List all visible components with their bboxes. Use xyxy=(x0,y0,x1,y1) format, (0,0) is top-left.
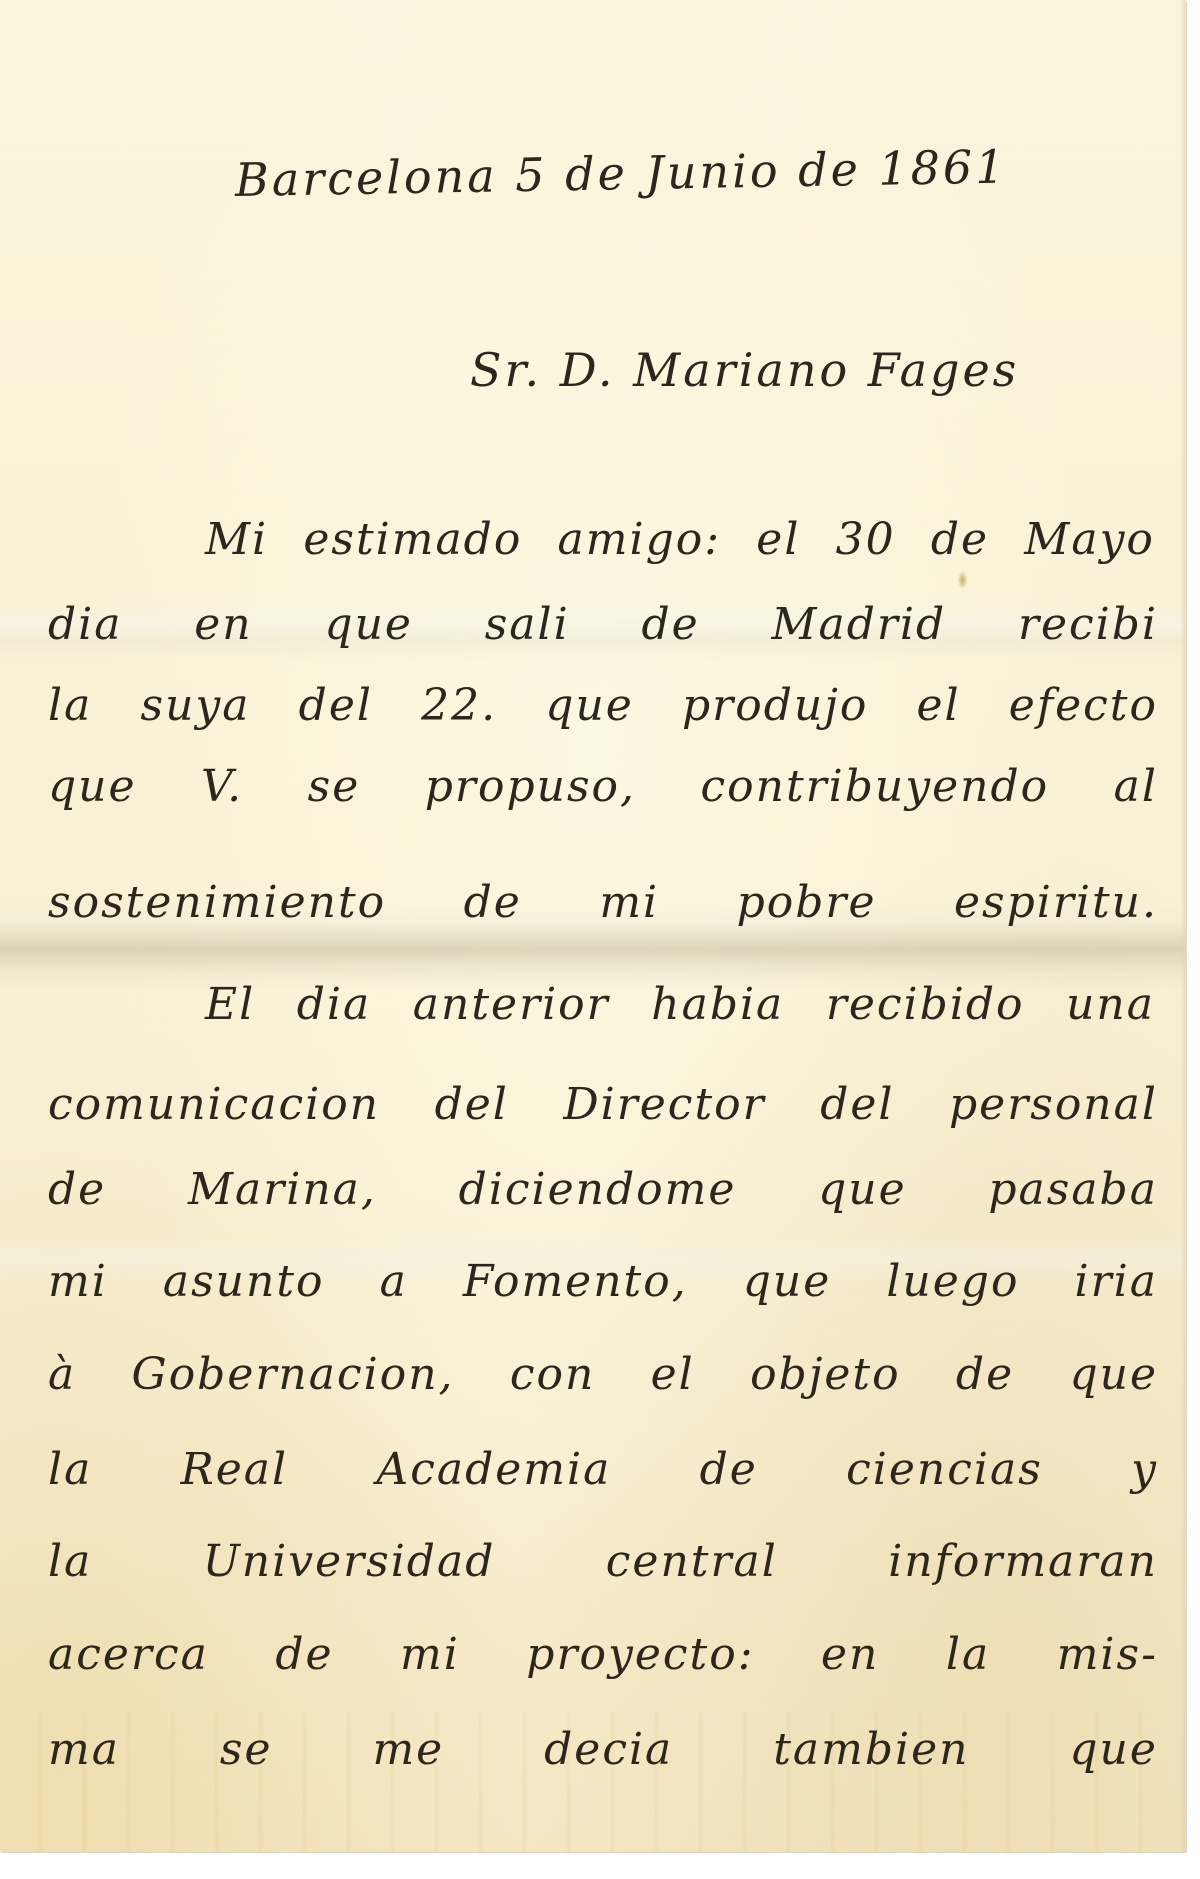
handwritten-word: la xyxy=(48,676,92,736)
handwritten-word: ma xyxy=(48,1720,120,1780)
addressee-line: Sr. D. Mariano Fages xyxy=(470,340,1019,400)
handwritten-word: una xyxy=(1066,975,1155,1035)
body-line-4: queV.sepropuso,contribuyendoal xyxy=(48,757,1158,817)
handwritten-word: sostenimiento xyxy=(48,873,386,933)
handwritten-word: personal xyxy=(949,1075,1158,1135)
handwritten-word: contribuyendo xyxy=(701,757,1050,817)
handwritten-word: acerca xyxy=(48,1625,209,1685)
handwritten-word: pobre xyxy=(737,873,877,933)
handwritten-word: tambien xyxy=(773,1720,969,1780)
body-line-5: sostenimientodemipobreespiritu. xyxy=(48,873,1158,933)
handwritten-word: El xyxy=(205,975,255,1035)
handwritten-word: Fomento, xyxy=(463,1252,688,1312)
body-line-3: lasuyadel22.queprodujoelefecto xyxy=(48,676,1158,736)
handwritten-word: Marina, xyxy=(188,1160,377,1220)
handwritten-word: Mayo xyxy=(1024,510,1155,570)
handwritten-word: el xyxy=(756,510,800,570)
handwritten-word: mi xyxy=(599,873,659,933)
handwritten-word: sali xyxy=(485,595,570,655)
handwritten-word: objeto xyxy=(750,1345,901,1405)
handwritten-word: de xyxy=(700,1440,758,1500)
handwritten-word: dia xyxy=(48,595,122,655)
handwritten-word: el xyxy=(917,676,961,736)
handwritten-word: Director xyxy=(563,1075,765,1135)
handwritten-word: la xyxy=(48,1440,92,1500)
handwritten-word: recibi xyxy=(1018,595,1158,655)
handwritten-word: Universidad xyxy=(203,1532,496,1592)
handwritten-word: el xyxy=(651,1345,695,1405)
handwritten-word: que xyxy=(818,1160,907,1220)
handwritten-word: Real xyxy=(181,1440,288,1500)
letter-page: Barcelona 5 de Junio de 1861 Sr. D. Mari… xyxy=(0,0,1200,1879)
handwritten-word: Academia xyxy=(376,1440,611,1500)
handwritten-word: 30 xyxy=(836,510,896,570)
handwritten-word: efecto xyxy=(1009,676,1158,736)
body-line-2: diaenquesalideMadridrecibi xyxy=(48,595,1158,655)
handwritten-word: amigo: xyxy=(558,510,722,570)
handwritten-word: V. xyxy=(201,757,243,817)
handwritten-word: luego xyxy=(886,1252,1019,1312)
handwritten-word: 22. xyxy=(421,676,497,736)
handwritten-word: anterior xyxy=(413,975,610,1035)
handwritten-word: se xyxy=(220,1720,273,1780)
handwritten-word: produjo xyxy=(682,676,868,736)
body-line-1: Miestimadoamigo:el30deMayo xyxy=(205,510,1155,570)
handwritten-word: central xyxy=(606,1532,778,1592)
handwritten-word: espiritu. xyxy=(954,873,1158,933)
handwritten-word: mi xyxy=(48,1252,108,1312)
body-line-9: miasuntoaFomento,queluegoiria xyxy=(48,1252,1158,1312)
body-line-7: comunicaciondelDirectordelpersonal xyxy=(48,1075,1158,1135)
handwritten-word: de xyxy=(641,595,699,655)
handwritten-word: Mi xyxy=(205,510,268,570)
handwritten-word: habia xyxy=(651,975,784,1035)
handwritten-word: me xyxy=(372,1720,444,1780)
handwritten-word: a xyxy=(380,1252,408,1312)
handwritten-word: que xyxy=(324,595,413,655)
handwritten-word: en xyxy=(821,1625,879,1685)
body-line-8: deMarina,diciendomequepasaba xyxy=(48,1160,1158,1220)
handwritten-word: proyecto: xyxy=(526,1625,754,1685)
body-line-10: àGobernacion,conelobjetodeque xyxy=(48,1345,1158,1405)
handwritten-word: asunto xyxy=(163,1252,325,1312)
handwritten-word: de xyxy=(931,510,989,570)
body-line-6: Eldiaanteriorhabiarecibidouna xyxy=(205,975,1155,1035)
handwritten-word: Madrid xyxy=(771,595,946,655)
handwritten-word: propuso, xyxy=(425,757,636,817)
handwritten-word: la xyxy=(48,1532,92,1592)
handwritten-word: que xyxy=(1069,1720,1158,1780)
handwritten-word: de xyxy=(48,1160,106,1220)
handwritten-word: al xyxy=(1114,757,1158,817)
handwritten-word: del xyxy=(820,1075,894,1135)
handwritten-word: que xyxy=(48,757,137,817)
handwritten-word: informaran xyxy=(888,1532,1158,1592)
handwritten-word: estimado xyxy=(303,510,522,570)
handwritten-word: que xyxy=(545,676,634,736)
handwritten-word: del xyxy=(299,676,373,736)
body-line-12: laUniversidadcentralinformaran xyxy=(48,1532,1158,1592)
handwritten-word: diciendome xyxy=(459,1160,737,1220)
handwritten-word: se xyxy=(308,757,361,817)
handwritten-word: la xyxy=(946,1625,990,1685)
handwritten-word: y xyxy=(1131,1440,1158,1500)
handwritten-word: iria xyxy=(1075,1252,1158,1312)
handwritten-word: mi xyxy=(400,1625,460,1685)
handwritten-word: de xyxy=(464,873,522,933)
handwritten-word: à xyxy=(48,1345,76,1405)
handwritten-word: con xyxy=(510,1345,595,1405)
ink-stain xyxy=(958,572,967,588)
handwritten-word: en xyxy=(194,595,252,655)
handwritten-word: Gobernacion, xyxy=(132,1345,455,1405)
body-line-13: acercademiproyecto:enlamis- xyxy=(48,1625,1158,1685)
handwritten-word: de xyxy=(956,1345,1014,1405)
letter-paper: Barcelona 5 de Junio de 1861 Sr. D. Mari… xyxy=(0,0,1186,1852)
handwritten-word: mis- xyxy=(1057,1625,1158,1685)
handwritten-word: decia xyxy=(544,1720,673,1780)
handwritten-word: comunicacion xyxy=(48,1075,380,1135)
handwritten-word: ciencias xyxy=(846,1440,1043,1500)
handwritten-word: que xyxy=(743,1252,832,1312)
body-line-11: laRealAcademiadecienciasy xyxy=(48,1440,1158,1500)
handwritten-word: suya xyxy=(140,676,250,736)
place-date-line: Barcelona 5 de Junio de 1861 xyxy=(234,137,1007,210)
body-line-14: masemedeciatambienque xyxy=(48,1720,1158,1780)
handwritten-word: pasaba xyxy=(988,1160,1158,1220)
handwritten-word: dia xyxy=(297,975,371,1035)
handwritten-word: de xyxy=(275,1625,333,1685)
handwritten-word: recibido xyxy=(826,975,1025,1035)
handwritten-word: que xyxy=(1069,1345,1158,1405)
handwritten-word: del xyxy=(435,1075,509,1135)
